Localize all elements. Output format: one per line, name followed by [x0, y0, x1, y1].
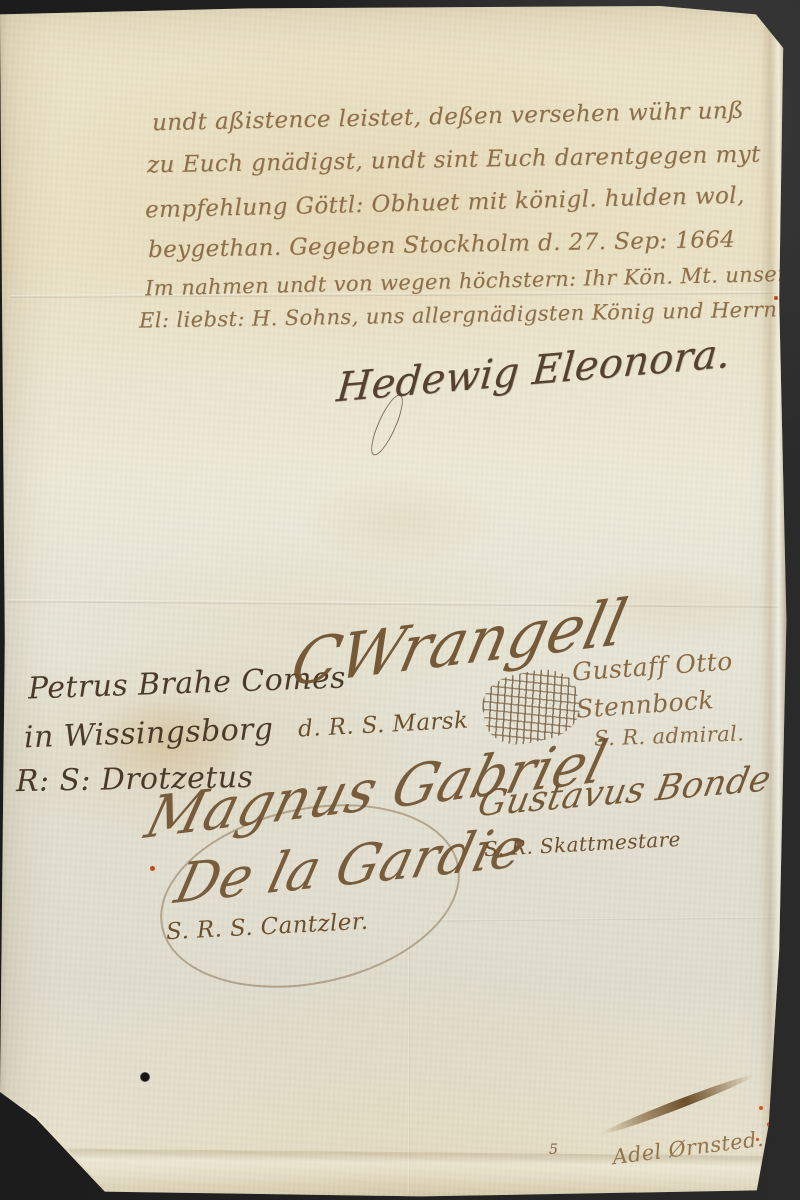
body-line-6: El: liebst: H. Sohns, uns allergnädigste… — [139, 297, 778, 332]
fold-crease-middle — [8, 599, 778, 607]
manuscript-sheet: undt aßistence leistet, deßen versehen w… — [0, 0, 800, 1200]
body-line-2: zu Euch gnädigst, undt sint Euch darentg… — [147, 142, 761, 179]
page-mark: 5 — [549, 1142, 558, 1158]
paper-texture — [0, 0, 800, 1200]
body-line-3: empfehlung Göttl: Obhuet mit königl. hul… — [145, 183, 745, 224]
faint-stain — [300, 470, 500, 570]
photograph-background: undt aßistence leistet, deßen versehen w… — [0, 0, 800, 1200]
red-speck — [150, 866, 155, 871]
body-line-1: undt aßistence leistet, deßen versehen w… — [152, 98, 744, 136]
stenbock-title: S. R. admiral. — [594, 721, 745, 750]
wrangel-title: d. R. S. Marsk — [297, 708, 469, 743]
signature-brahe-line2: in Wissingsborg — [23, 712, 274, 756]
red-speck — [765, 1150, 769, 1154]
pen-flourish-stroke — [600, 1071, 756, 1138]
punch-hole — [140, 1072, 150, 1082]
red-speck — [767, 1122, 772, 1127]
body-line-4: beygethan. Gegeben Stockholm d. 27. Sep:… — [148, 227, 736, 263]
sheet-right-folded-edge — [760, 26, 786, 1176]
signature-stenbock-line2: Stennbock — [575, 685, 715, 724]
red-speck — [759, 1106, 763, 1110]
body-line-5: Im nahmen undt von wegen höchstern: Ihr … — [145, 262, 799, 301]
fold-crease-lower — [430, 916, 778, 921]
